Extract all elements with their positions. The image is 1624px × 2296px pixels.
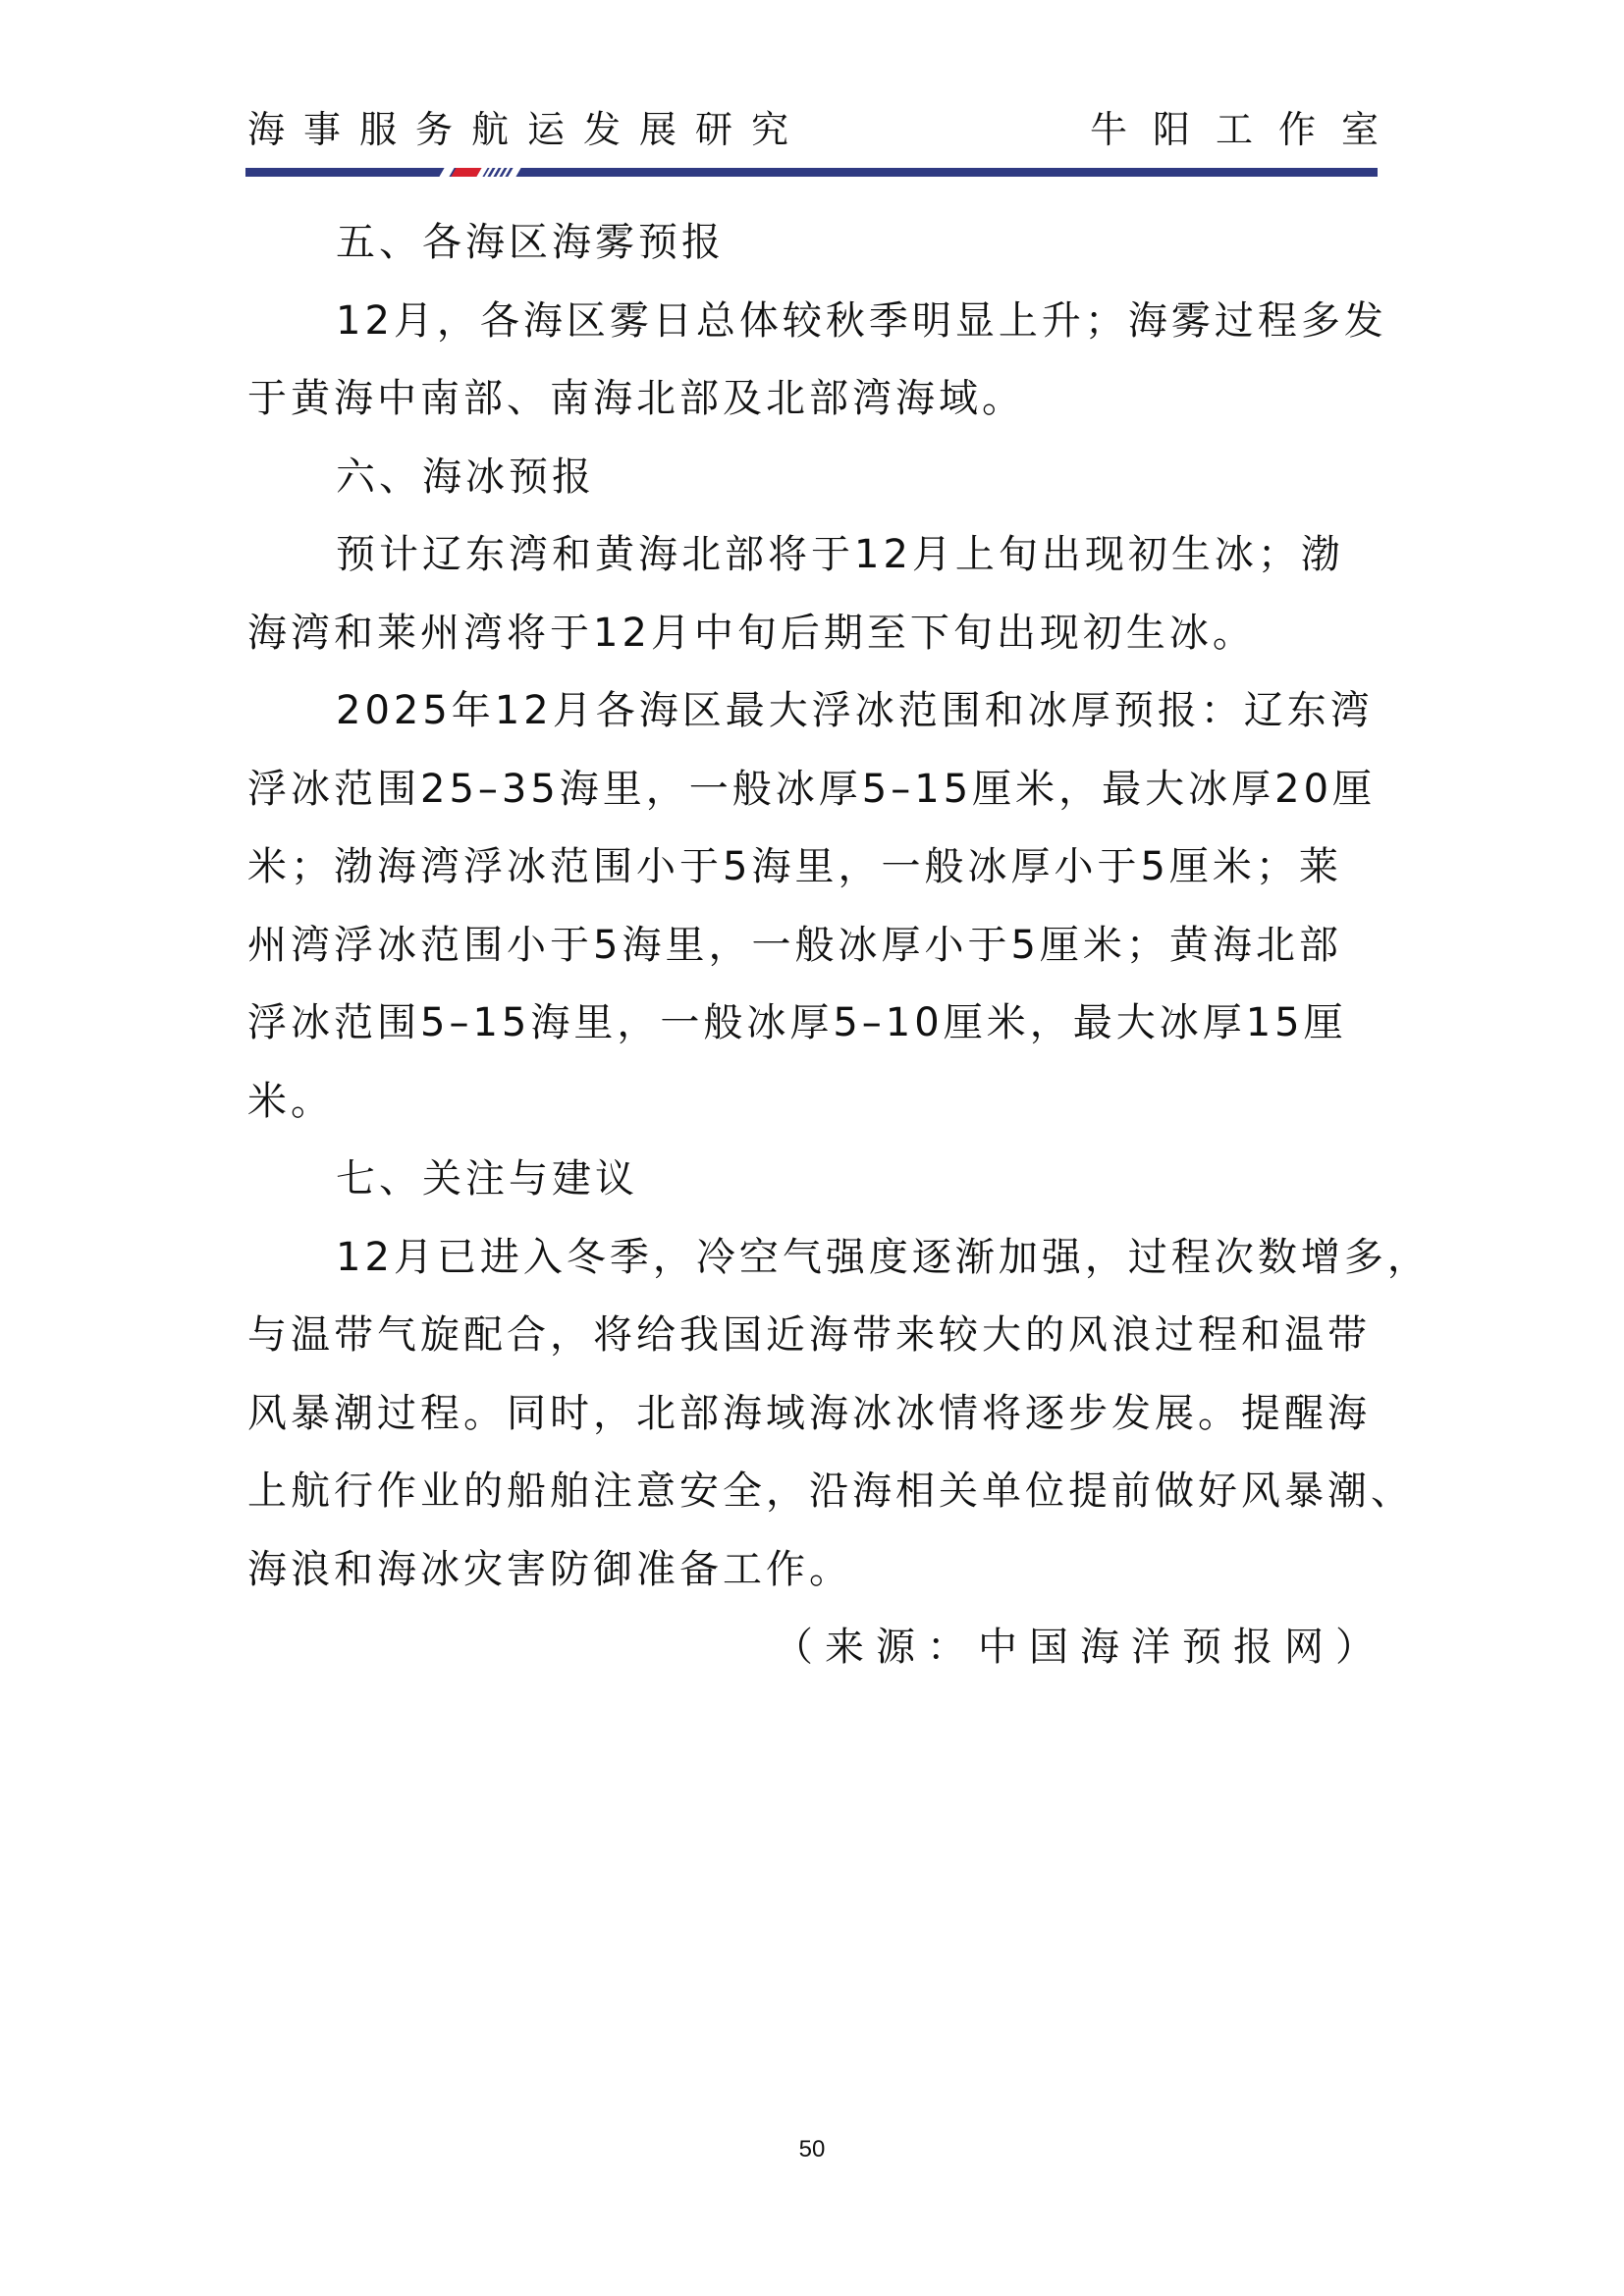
page-number: 50: [0, 2136, 1624, 2163]
section-heading-sea-ice: 六、海冰预报: [336, 453, 595, 531]
section-heading-fog: 五、各海区海雾预报: [336, 218, 725, 296]
header-publication-title: 海事服务航运发展研究: [247, 106, 807, 153]
paragraph-line: 海湾和莱州湾将于12月中旬后期至下旬出现初生冰。: [247, 609, 1256, 687]
paragraph-line: 米。: [247, 1077, 334, 1155]
paragraph-line: 预计辽东湾和黄海北部将于12月上旬出现初生冰；渤: [336, 530, 1344, 609]
source-attribution: （来源：中国海洋预报网）: [774, 1623, 1386, 1701]
paragraph-line: 12月已进入冬季，冷空气强度逐渐加强，过程次数增多，: [336, 1233, 1431, 1311]
paragraph-line: 2025年12月各海区最大浮冰范围和冰厚预报：辽东湾: [336, 686, 1374, 765]
header-divider: [245, 168, 1378, 177]
section-heading-advice: 七、关注与建议: [336, 1154, 638, 1233]
paragraph-line: 于黄海中南部、南海北部及北部湾海域。: [247, 374, 1025, 453]
paragraph-line: 浮冰范围25–35海里，一般冰厚5–15厘米，最大冰厚20厘: [247, 765, 1376, 843]
paragraph-line: 浮冰范围5–15海里，一般冰厚5–10厘米，最大冰厚15厘: [247, 998, 1347, 1077]
header-studio-name: 牛阳工作室: [1090, 106, 1404, 153]
paragraph-line: 米；渤海湾浮冰范围小于5海里，一般冰厚小于5厘米；莱: [247, 842, 1342, 921]
divider-gap: [508, 168, 520, 177]
paragraph-line: 12月，各海区雾日总体较秋季明显上升；海雾过程多发: [336, 296, 1387, 375]
paragraph-line: 海浪和海冰灾害防御准备工作。: [247, 1545, 852, 1624]
paragraph-line: 与温带气旋配合，将给我国近海带来较大的风浪过程和温带: [247, 1310, 1371, 1389]
paragraph-line: 上航行作业的船舶注意安全，沿海相关单位提前做好风暴潮、: [247, 1467, 1414, 1545]
paragraph-line: 风暴潮过程。同时，北部海域海冰冰情将逐步发展。提醒海: [247, 1389, 1371, 1468]
paragraph-line: 州湾浮冰范围小于5海里，一般冰厚小于5厘米；黄海北部: [247, 921, 1342, 999]
